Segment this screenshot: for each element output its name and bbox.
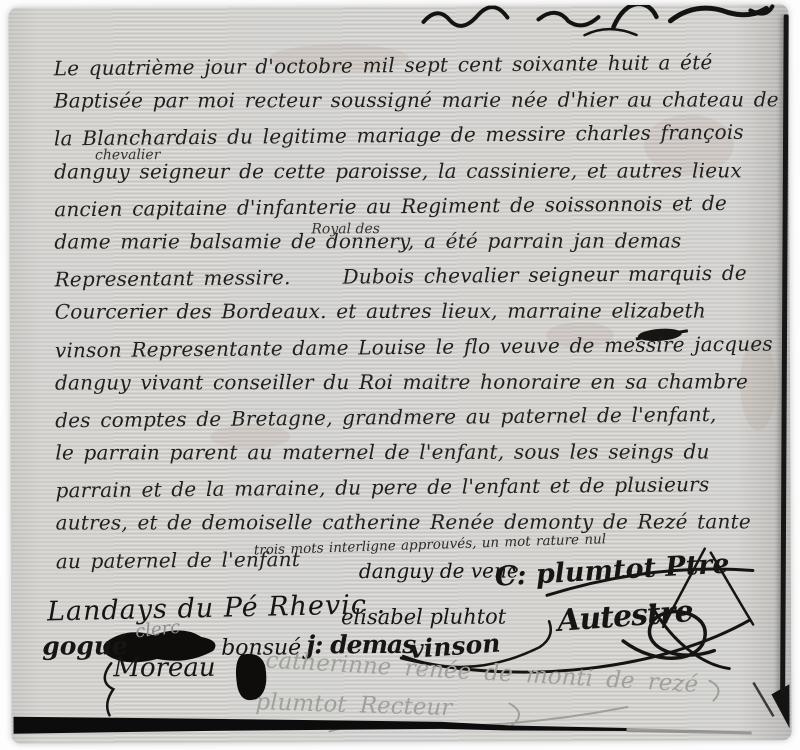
record-text: Le quatrième jour d'octobre mil sept cen… xyxy=(54,46,776,577)
record-line-text: autres, et de demoiselle catherine Renée… xyxy=(56,510,751,535)
record-line: Baptisée par moi recteur soussigné marie… xyxy=(54,82,774,118)
record-line: autres, et de demoiselle catherine Renée… xyxy=(56,505,776,541)
record-line-text: Le quatrième jour d'octobre mil sept cen… xyxy=(54,50,713,80)
record-line: dame marie balsamie de donnery, a été pa… xyxy=(54,223,774,259)
record-line: Representant messire.Dubois chevalier se… xyxy=(54,256,774,298)
interline-chevalier: chevalier xyxy=(95,147,160,163)
record-line: danguy vivant conseiller du Roi maitre h… xyxy=(55,364,775,400)
record-line: parrain et de la maraine, du pere de l'e… xyxy=(55,467,775,509)
record-line-text: le parrain parent au maternel de l'enfan… xyxy=(55,439,709,464)
record-line-text: des comptes de Bretagne, grandmere au pa… xyxy=(55,402,717,432)
scan-background: Le quatrième jour d'octobre mil sept cen… xyxy=(0,0,800,750)
record-line-text: Courcerier des Bordeaux. et autres lieux… xyxy=(55,299,706,324)
cutoff-line-fragment xyxy=(423,4,772,36)
record-line-text: Baptisée par moi recteur soussigné marie… xyxy=(54,87,779,112)
signature-autestre: Autestre xyxy=(556,594,694,639)
pencil-annotation-plumtot-recteur: plumtot Recteur xyxy=(255,689,453,721)
interline-royal-des: Royal des xyxy=(311,221,380,237)
record-line: vinson Representante dame Louise le flo … xyxy=(55,326,775,368)
manuscript-page: Le quatrième jour d'octobre mil sept cen… xyxy=(8,4,791,743)
signature-moreau: Moreau xyxy=(113,653,215,683)
moreau-curl xyxy=(105,663,114,715)
record-line: ancien capitaine d'infanterie au Regimen… xyxy=(54,185,774,227)
record-line-text: parrain et de la maraine, du pere de l'e… xyxy=(55,472,709,502)
record-line-text: vinson Representante dame Louise le flo … xyxy=(55,331,773,362)
signature-landays: Landays du Pé Rhevic . xyxy=(47,589,387,627)
signature-elisabel: elisabel pluhtot xyxy=(341,605,506,630)
record-line: le parrain parent au maternel de l'enfan… xyxy=(55,434,775,470)
record-line-text: ancien capitaine d'infanterie au Regimen… xyxy=(54,191,727,221)
record-line-text: Dubois chevalier seigneur marquis de xyxy=(342,261,746,289)
signature-block: danguy de vene C: plumtot Ptre Landays d… xyxy=(8,4,788,7)
record-line-text: Representant messire. xyxy=(54,265,290,291)
record-line-text: danguy vivant conseiller du Roi maitre h… xyxy=(55,369,748,394)
page-edge-shadow xyxy=(780,14,789,694)
signature-clerc: clerc xyxy=(134,617,181,643)
record-line: Courcerier des Bordeaux. et autres lieux… xyxy=(55,294,775,330)
record-line: danguy seigneur de cette paroisse, la ca… xyxy=(54,153,774,189)
record-line: la Blanchardais du legitime mariage de m… xyxy=(54,115,774,157)
gutter-shadow-fade xyxy=(627,727,752,735)
record-line: des comptes de Bretagne, grandmere au pa… xyxy=(55,396,775,438)
record-line: Le quatrième jour d'octobre mil sept cen… xyxy=(54,44,774,86)
